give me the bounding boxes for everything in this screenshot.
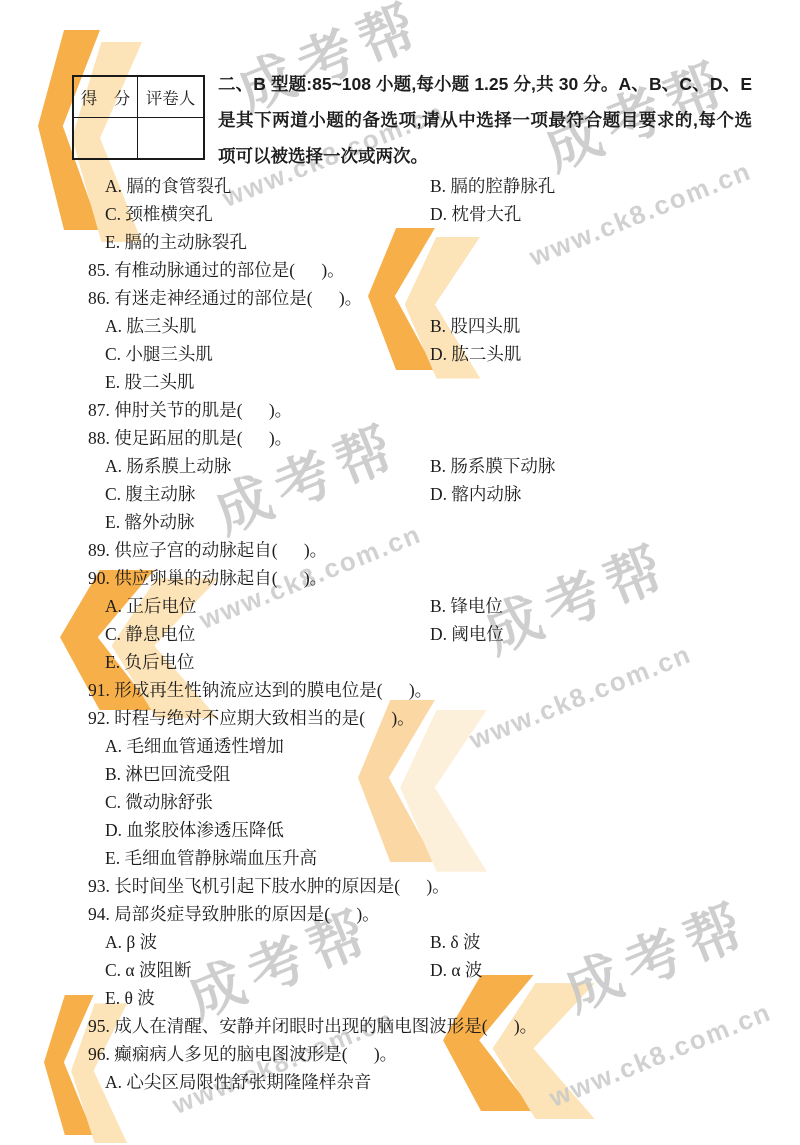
option-row: C. 颈椎横突孔D. 枕骨大孔 — [0, 200, 800, 228]
option-left: C. 腹主动脉 — [105, 480, 195, 508]
score-cell-empty — [74, 118, 138, 158]
option-right: D. 髂内动脉 — [430, 480, 521, 508]
option-left: C. 小腿三头肌 — [105, 340, 213, 368]
option-row: E. 股二头肌 — [0, 368, 800, 396]
option-row: A. β 波B. δ 波 — [0, 928, 800, 956]
question-line: 94. 局部炎症导致肿胀的原因是( )。 — [88, 900, 380, 928]
question-row: 89. 供应子宫的动脉起自( )。 — [0, 536, 800, 564]
option-left: A. 心尖区局限性舒张期隆隆样杂音 — [105, 1068, 371, 1096]
option-right: B. 膈的腔静脉孔 — [430, 172, 555, 200]
option-row: E. 膈的主动脉裂孔 — [0, 228, 800, 256]
question-line: 87. 伸肘关节的肌是( )。 — [88, 396, 292, 424]
option-row: A. 心尖区局限性舒张期隆隆样杂音 — [0, 1068, 800, 1096]
question-line: 90. 供应卵巢的动脉起自( )。 — [88, 564, 327, 592]
option-right: B. 股四头肌 — [430, 312, 520, 340]
question-line: 86. 有迷走神经通过的部位是( )。 — [88, 284, 362, 312]
option-left: E. 髂外动脉 — [105, 508, 194, 536]
option-left: C. α 波阻断 — [105, 956, 191, 984]
option-left: E. 负后电位 — [105, 648, 194, 676]
option-left: B. 淋巴回流受阻 — [105, 760, 230, 788]
question-line: 85. 有椎动脉通过的部位是( )。 — [88, 256, 345, 284]
option-left: E. 毛细血管静脉端血压升高 — [105, 844, 317, 872]
question-line: 95. 成人在清醒、安静并闭眼时出现的脑电图波形是( )。 — [88, 1012, 537, 1040]
question-line: 88. 使足跖屈的肌是( )。 — [88, 424, 292, 452]
question-row: 95. 成人在清醒、安静并闭眼时出现的脑电图波形是( )。 — [0, 1012, 800, 1040]
score-table: 得 分 评卷人 — [72, 75, 205, 160]
grader-cell-empty — [138, 118, 203, 158]
question-row: 87. 伸肘关节的肌是( )。 — [0, 396, 800, 424]
option-right: B. 肠系膜下动脉 — [430, 452, 555, 480]
question-line: 91. 形成再生性钠流应达到的膜电位是( )。 — [88, 676, 432, 704]
option-row: D. 血浆胶体渗透压降低 — [0, 816, 800, 844]
option-left: A. 肠系膜上动脉 — [105, 452, 231, 480]
option-left: A. 毛细血管通透性增加 — [105, 732, 284, 760]
option-left: A. β 波 — [105, 928, 157, 956]
option-left: C. 颈椎横突孔 — [105, 200, 213, 228]
option-left: E. 股二头肌 — [105, 368, 194, 396]
question-row: 93. 长时间坐飞机引起下肢水肿的原因是( )。 — [0, 872, 800, 900]
exam-content: 得 分 评卷人 二、B 型题:85~108 小题,每小题 1.25 分,共 30… — [0, 0, 800, 1145]
option-left: C. 微动脉舒张 — [105, 788, 213, 816]
option-row: A. 毛细血管通透性增加 — [0, 732, 800, 760]
exam-page: 成考帮 www.ck8.com.cn 成考帮 www.ck8.com.cn 成考… — [0, 0, 800, 1145]
option-row: C. 腹主动脉D. 髂内动脉 — [0, 480, 800, 508]
option-row: C. α 波阻断D. α 波 — [0, 956, 800, 984]
option-right: D. 枕骨大孔 — [430, 200, 521, 228]
option-row: C. 小腿三头肌D. 肱二头肌 — [0, 340, 800, 368]
question-row: 91. 形成再生性钠流应达到的膜电位是( )。 — [0, 676, 800, 704]
option-row: E. 髂外动脉 — [0, 508, 800, 536]
option-row: B. 淋巴回流受阻 — [0, 760, 800, 788]
option-right: D. α 波 — [430, 956, 482, 984]
option-row: C. 微动脉舒张 — [0, 788, 800, 816]
option-row: A. 正后电位B. 锋电位 — [0, 592, 800, 620]
option-right: B. δ 波 — [430, 928, 481, 956]
question-row: 85. 有椎动脉通过的部位是( )。 — [0, 256, 800, 284]
option-row: E. 毛细血管静脉端血压升高 — [0, 844, 800, 872]
question-line: 92. 时程与绝对不应期大致相当的是( )。 — [88, 704, 415, 732]
question-list: A. 膈的食管裂孔B. 膈的腔静脉孔 C. 颈椎横突孔D. 枕骨大孔 E. 膈的… — [0, 172, 800, 1096]
option-left: C. 静息电位 — [105, 620, 195, 648]
option-row: A. 肠系膜上动脉B. 肠系膜下动脉 — [0, 452, 800, 480]
question-row: 88. 使足跖屈的肌是( )。 — [0, 424, 800, 452]
question-row: 94. 局部炎症导致肿胀的原因是( )。 — [0, 900, 800, 928]
question-row: 90. 供应卵巢的动脉起自( )。 — [0, 564, 800, 592]
question-row: 92. 时程与绝对不应期大致相当的是( )。 — [0, 704, 800, 732]
option-left: E. θ 波 — [105, 984, 155, 1012]
question-line: 93. 长时间坐飞机引起下肢水肿的原因是( )。 — [88, 872, 450, 900]
question-line: 96. 癫痫病人多见的脑电图波形是( )。 — [88, 1040, 397, 1068]
option-row: E. 负后电位 — [0, 648, 800, 676]
option-row: A. 肱三头肌B. 股四头肌 — [0, 312, 800, 340]
question-row: 86. 有迷走神经通过的部位是( )。 — [0, 284, 800, 312]
option-left: A. 膈的食管裂孔 — [105, 172, 231, 200]
option-left: D. 血浆胶体渗透压降低 — [105, 816, 284, 844]
question-row: 96. 癫痫病人多见的脑电图波形是( )。 — [0, 1040, 800, 1068]
option-row: C. 静息电位D. 阈电位 — [0, 620, 800, 648]
option-left: A. 正后电位 — [105, 592, 196, 620]
option-right: D. 肱二头肌 — [430, 340, 521, 368]
option-row: A. 膈的食管裂孔B. 膈的腔静脉孔 — [0, 172, 800, 200]
option-left: A. 肱三头肌 — [105, 312, 196, 340]
grader-label: 评卷人 — [138, 77, 203, 118]
option-right: B. 锋电位 — [430, 592, 503, 620]
section-instructions: 二、B 型题:85~108 小题,每小题 1.25 分,共 30 分。A、B、C… — [218, 66, 752, 174]
question-line: 89. 供应子宫的动脉起自( )。 — [88, 536, 327, 564]
option-row: E. θ 波 — [0, 984, 800, 1012]
score-label: 得 分 — [74, 77, 138, 118]
option-right: D. 阈电位 — [430, 620, 504, 648]
option-left: E. 膈的主动脉裂孔 — [105, 228, 247, 256]
